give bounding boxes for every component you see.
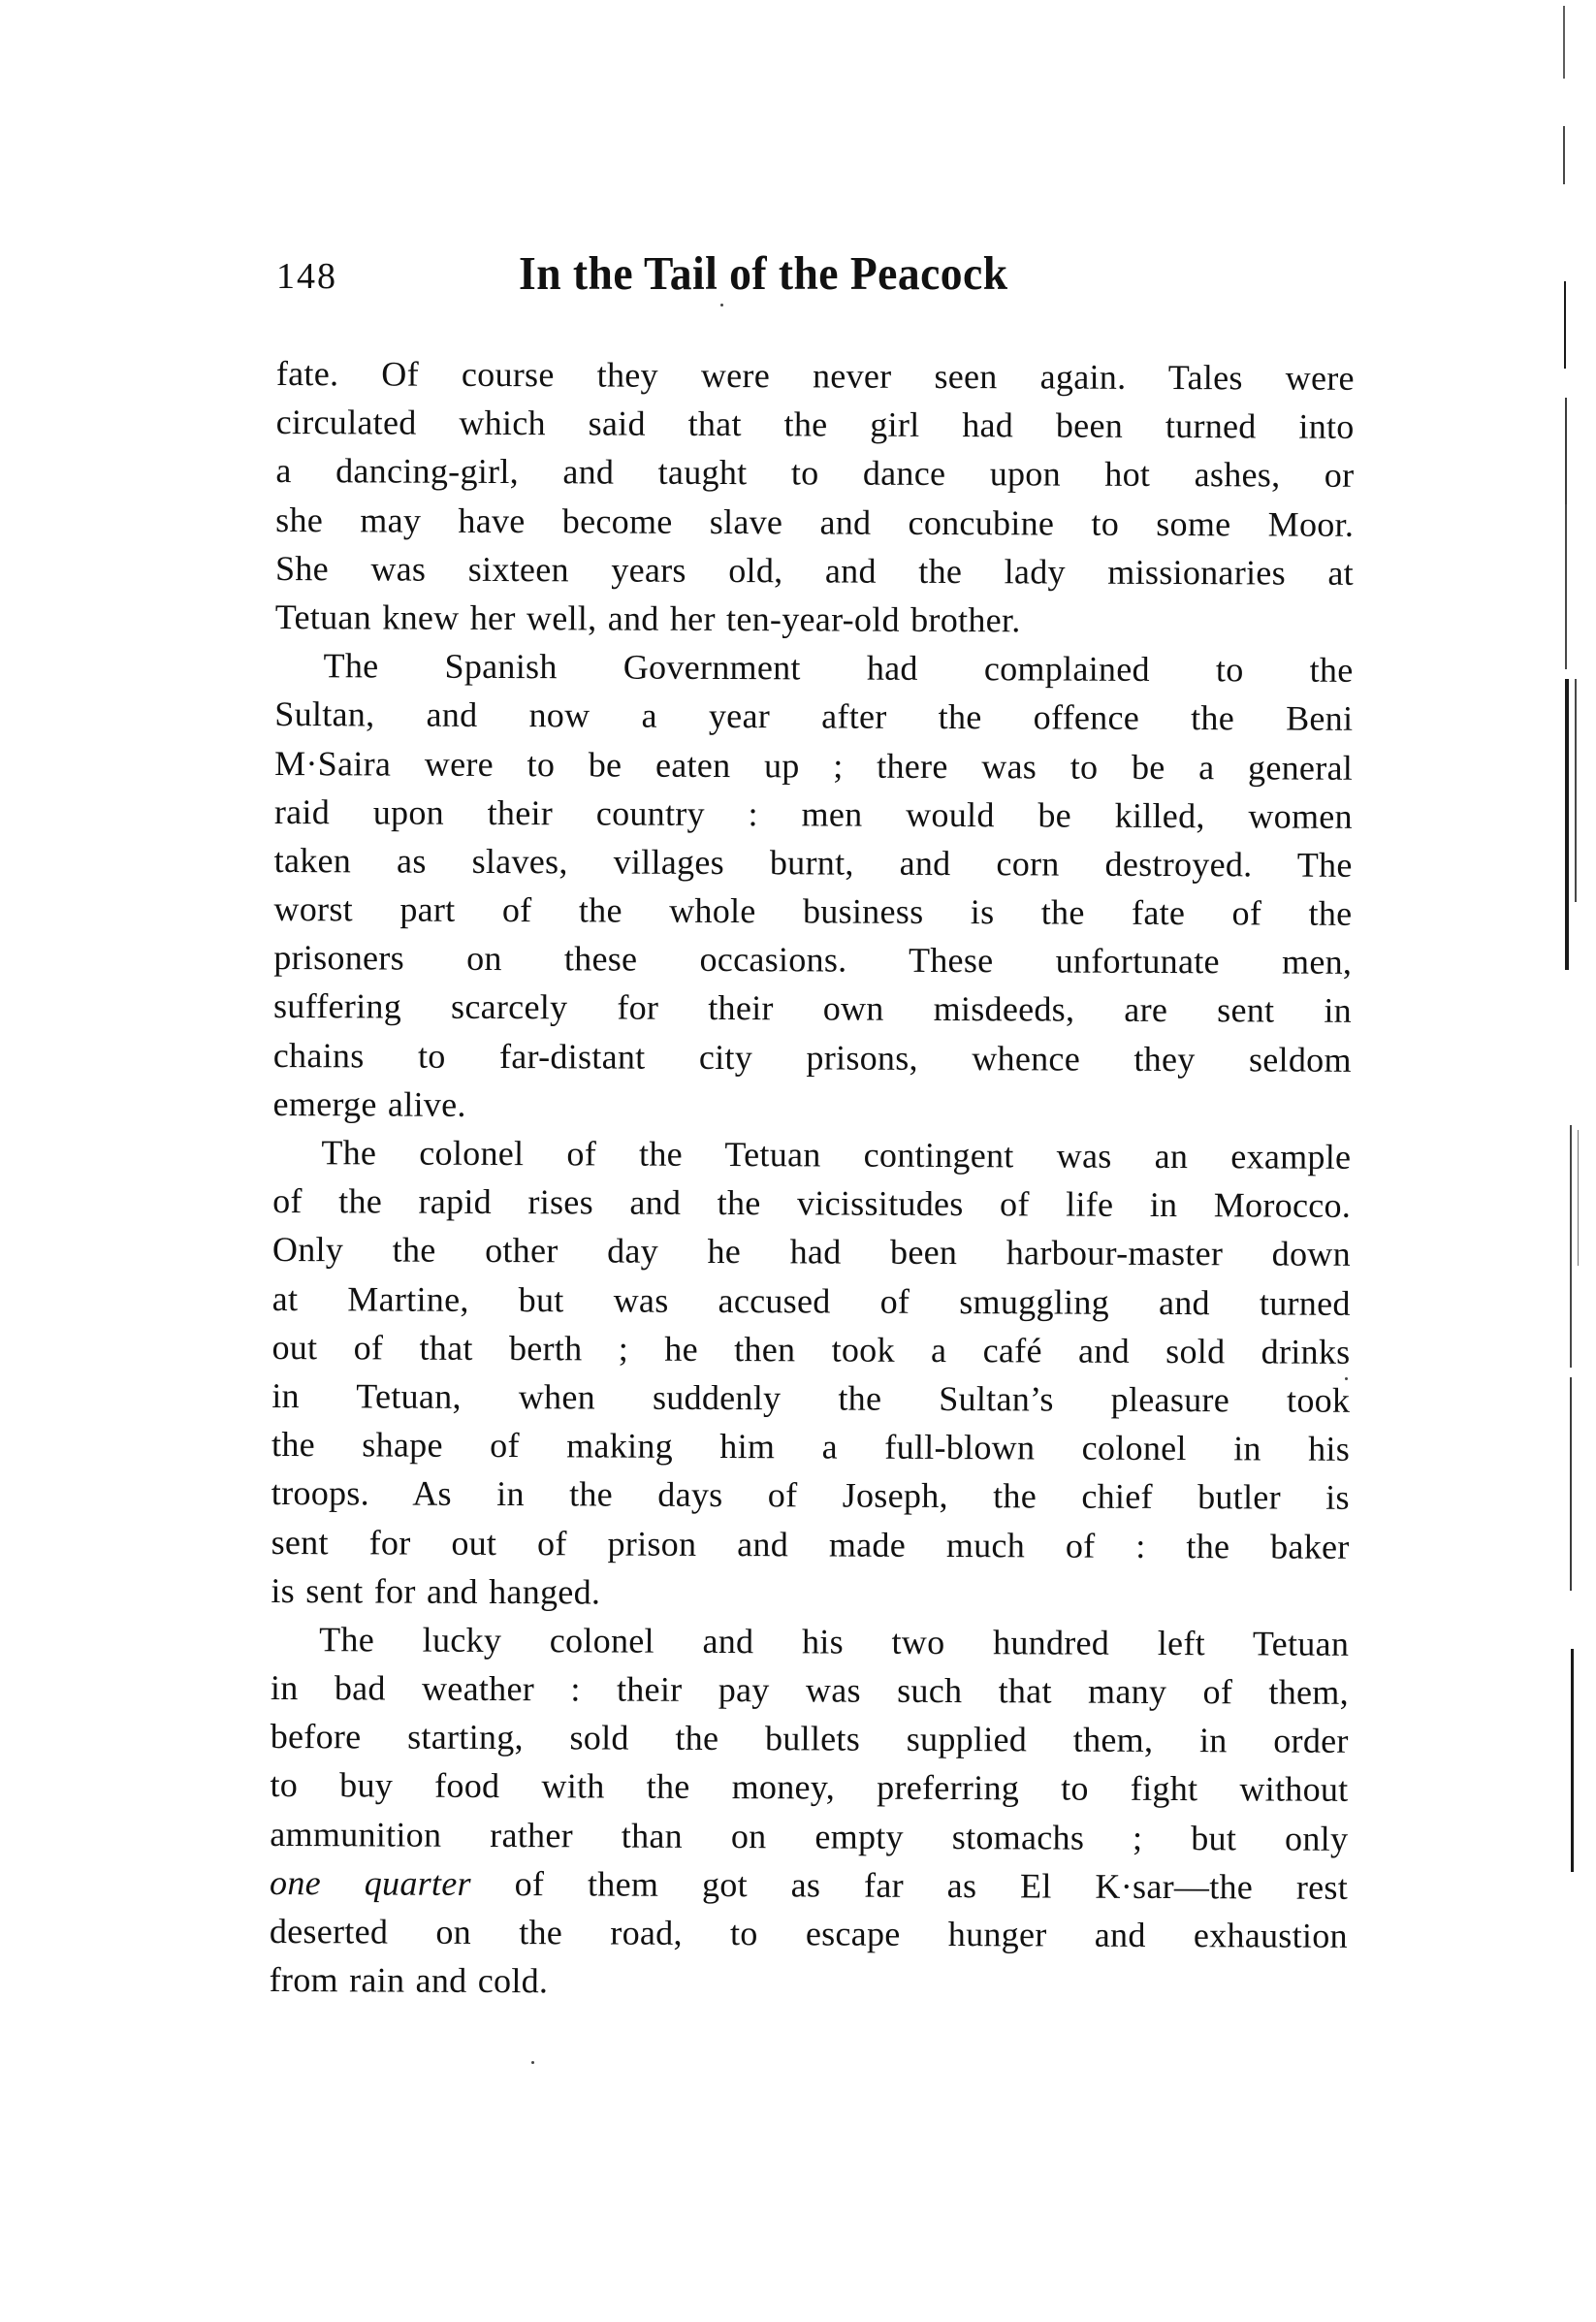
text-line: she may have become slave and concubine …: [275, 496, 1354, 549]
text-line: the shape of making him a full-blown col…: [271, 1420, 1350, 1473]
text-line: to buy food with the money, preferring t…: [270, 1760, 1348, 1814]
text-line: of the rapid rises and the vicissitudes …: [272, 1177, 1351, 1230]
paragraph-start-line: The lucky colonel and his two hundred le…: [271, 1615, 1349, 1668]
text-line: troops. As in the days of Joseph, the ch…: [271, 1468, 1350, 1522]
text-line: taken as slaves, villages burnt, and cor…: [274, 836, 1353, 889]
text-line: prisoners on these occasions. These unfo…: [273, 933, 1352, 986]
text-line: a dancing-girl, and taught to dance upon…: [275, 446, 1354, 500]
text-line: emerge alive.: [272, 1080, 1351, 1133]
text-line: Tetuan knew her well, and her ten-year-o…: [275, 593, 1354, 646]
text-line: worst part of the whole business is the …: [273, 885, 1352, 938]
text-line: raid upon their country : men would be k…: [274, 788, 1353, 841]
text-line: in bad weather : their pay was such that…: [271, 1663, 1349, 1717]
text-line: from rain and cold.: [270, 1955, 1348, 2009]
text-line: Sultan, and now a year after the offence…: [274, 690, 1353, 743]
text-line: at Martine, but was accused of smuggling…: [272, 1274, 1351, 1328]
scan-speck: [1345, 1377, 1348, 1380]
body-text: fate. Of course they were never seen aga…: [270, 349, 1355, 2009]
running-title: In the Tail of the Peacock: [519, 244, 1008, 303]
italic-emphasis: one quarter: [270, 1863, 471, 1903]
text-line: is sent for and hanged.: [271, 1566, 1349, 1620]
text-line: M·Saira were to be eaten up ; there was …: [274, 738, 1353, 791]
paragraph-start-line: The colonel of the Tetuan contingent was…: [272, 1128, 1351, 1181]
scan-edge-artifact: [1561, 0, 1596, 2322]
text-line: fate. Of course they were never seen aga…: [276, 349, 1355, 403]
text-line: Only the other day he had been harbour-m…: [272, 1225, 1351, 1278]
scan-speck: [531, 2061, 534, 2064]
text-line-with-italic: one quarter of them got as far as El K·s…: [270, 1858, 1348, 1912]
text-line: ammunition rather than on empty stomachs…: [270, 1810, 1348, 1863]
text-line-remainder: of them got as far as El K·sar—the rest: [515, 1864, 1349, 1907]
text-line: suffering scarcely for their own misdeed…: [273, 982, 1352, 1035]
text-line: circulated which said that the girl had …: [276, 398, 1355, 451]
page-number: 148: [276, 252, 337, 301]
paragraph-start-line: The Spanish Government had complained to…: [274, 641, 1353, 694]
scan-speck: [720, 304, 723, 306]
running-head: 148 In the Tail of the Peacock: [276, 244, 1353, 303]
text-line: She was sixteen years old, and the lady …: [275, 544, 1354, 597]
text-line: deserted on the road, to escape hunger a…: [270, 1907, 1348, 1960]
text-line: chains to far-distant city prisons, when…: [273, 1031, 1352, 1084]
text-line: sent for out of prison and made much of …: [271, 1517, 1350, 1570]
text-line: out of that berth ; he then took a café …: [271, 1323, 1350, 1376]
text-line: before starting, sold the bullets suppli…: [271, 1712, 1349, 1765]
text-line: in Tetuan, when suddenly the Sultan’s pl…: [271, 1371, 1350, 1425]
book-page: 148 In the Tail of the Peacock fate. Of …: [0, 0, 1596, 2322]
